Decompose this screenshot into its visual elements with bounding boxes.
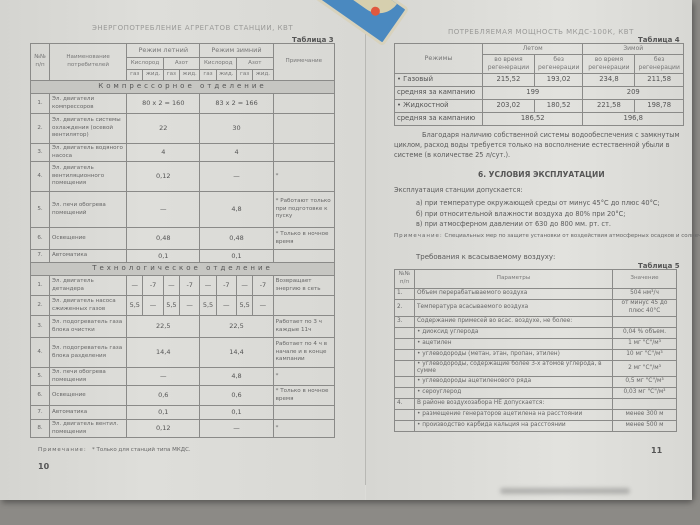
winter-value: — xyxy=(200,162,273,192)
power-consumption-table: №№ п/п Наименование потребителей Режим л… xyxy=(30,43,335,438)
row-note: * xyxy=(273,368,334,386)
table-row: 5.Эл. печи обогрева помещения—4,8* xyxy=(31,368,335,386)
mode-value: 5,5 xyxy=(127,296,143,316)
parameter: В районе воздухозабора НЕ допускается: xyxy=(415,399,613,410)
row-name: Эл. двигатель вентил. помещения xyxy=(50,420,127,438)
summer-value: 0,1 xyxy=(127,406,200,420)
winter-value: — xyxy=(200,420,273,438)
power-value: 211,58 xyxy=(635,74,684,87)
row-number xyxy=(395,421,415,432)
mode-value: -7 xyxy=(253,276,273,296)
parameter: • производство карбида кальция на рассто… xyxy=(415,421,613,432)
winter-value: 22,5 xyxy=(200,316,273,338)
summer-value: 14,4 xyxy=(127,338,200,368)
row-number xyxy=(395,410,415,421)
row-note: * xyxy=(273,162,334,192)
left-footnote: Примечание: * Только для станций типа МК… xyxy=(38,447,191,453)
col-modes: Режимы xyxy=(395,44,483,74)
row-number xyxy=(395,388,415,399)
winter-value: 0,1 xyxy=(200,406,273,420)
power-table-mkds: Режимы Летом Зимой во время регенерации … xyxy=(394,43,684,126)
mode-value: — xyxy=(127,276,143,296)
value: 0,03 мг "С"/м³ xyxy=(613,388,677,399)
mode-name: • Газовый xyxy=(395,74,483,87)
table-row: 4.Эл. двигатель вентиляционного помещени… xyxy=(31,162,335,192)
summer-value: 0,12 xyxy=(127,162,200,192)
winter-value: 4,8 xyxy=(200,368,273,386)
average-value: 186,52 xyxy=(483,113,583,126)
row-number: 4. xyxy=(31,162,50,192)
mode-name: средняя за кампанию xyxy=(395,113,483,126)
note-text: Специальных мер по защите установки от в… xyxy=(445,233,700,239)
average-value: 196,8 xyxy=(583,113,684,126)
table-row: 5.Эл. печи обогрева помещений—4,8* Работ… xyxy=(31,192,335,228)
table-row: • углеводороды ацетиленового ряда0,5 мг … xyxy=(395,377,677,388)
page-number-left: 10 xyxy=(38,462,49,471)
value xyxy=(613,316,677,327)
right-note: Примечание: Специальных мер по защите ус… xyxy=(394,233,700,239)
col-winter: Режим зимний xyxy=(200,44,273,58)
summer-value: 0,12 xyxy=(127,420,200,438)
right-page: Потребляемая мощность МКДС-100К, кВт Таб… xyxy=(366,0,692,500)
sub-liquid: жид. xyxy=(179,70,199,81)
col-summer: Режим летний xyxy=(127,44,200,58)
col-note: Примечание xyxy=(273,44,334,81)
row-name: Эл. печи обогрева помещения xyxy=(50,368,127,386)
table-row: 1.Эл. двигатели компрессоров80 х 2 = 160… xyxy=(31,94,335,114)
air-requirements: Требования к всасываемому воздуху: xyxy=(416,252,555,263)
value: 0,5 мг "С"/м³ xyxy=(613,377,677,388)
row-number: 1. xyxy=(31,276,50,296)
value: 2 мг "С"/м³ xyxy=(613,360,677,377)
row-number: 6. xyxy=(31,228,50,250)
row-note: * Только в ночное время xyxy=(273,228,334,250)
winter-value: 30 xyxy=(200,114,273,144)
mode-value: — xyxy=(237,276,253,296)
table-row: • углеводороды (метан, этан, пропан, эти… xyxy=(395,349,677,360)
col-summer-nitrogen: Азот xyxy=(163,58,200,70)
smudge xyxy=(500,488,630,494)
mode-value: — xyxy=(143,296,163,316)
row-note: Возвращает энергию в сеть xyxy=(273,276,334,296)
mode-value: — xyxy=(253,296,273,316)
value: 0,04 % объем. xyxy=(613,327,677,338)
sub-liquid: жид. xyxy=(216,70,236,81)
row-name: Эл. двигатель вентиляционного помещения xyxy=(50,162,127,192)
col-summer-oxygen: Кислород xyxy=(127,58,164,70)
footnote-text: * Только для станций типа МКДС. xyxy=(92,447,191,453)
col-winter-nitrogen: Азот xyxy=(237,58,274,70)
row-number: 2. xyxy=(395,300,415,317)
table-row: 3.Эл. двигатель водяного насоса44 xyxy=(31,144,335,162)
row-number xyxy=(395,360,415,377)
table-row: 7.Автоматика0,10,1 xyxy=(31,250,335,263)
parameter: • размещение генераторов ацетилена на ра… xyxy=(415,410,613,421)
row-name: Эл. подогреватель газа блока очистки xyxy=(50,316,127,338)
table-row: 2.Температура всасываемого воздухаот мин… xyxy=(395,300,677,317)
row-name: Эл. двигатель насоса сжиженных газов xyxy=(50,296,127,316)
row-name: Эл. двигатель детандера xyxy=(50,276,127,296)
row-number: 5. xyxy=(31,368,50,386)
value: 10 мг "С"/м³ xyxy=(613,349,677,360)
row-number xyxy=(395,377,415,388)
sub-gas: газ xyxy=(163,70,179,81)
table-row: средняя за кампанию186,52196,8 xyxy=(395,113,684,126)
col-summer-regen: во время регенерации xyxy=(483,55,535,74)
row-number: 1. xyxy=(395,289,415,300)
power-value: 221,58 xyxy=(583,100,635,113)
condition-item: а) при температуре окружающей среды от м… xyxy=(416,198,660,209)
mode-value: -7 xyxy=(216,276,236,296)
mode-value: — xyxy=(200,276,216,296)
row-number: 3. xyxy=(395,316,415,327)
table-row: • производство карбида кальция на рассто… xyxy=(395,421,677,432)
row-note: * Только в ночное время xyxy=(273,386,334,406)
parameter: Содержание примесей во всас. воздухе, не… xyxy=(415,316,613,327)
table-row: • диоксид углерода0,04 % объем. xyxy=(395,327,677,338)
left-page: Энергопотребление агрегатов станции, кВт… xyxy=(0,0,365,500)
table-row: 1.Эл. двигатель детандера—-7—-7—-7—-7Воз… xyxy=(31,276,335,296)
water-paragraph: Благодаря наличию собственной системы во… xyxy=(394,131,684,161)
row-number xyxy=(395,338,415,349)
row-name: Автоматика xyxy=(50,250,127,263)
mode-name: средняя за кампанию xyxy=(395,87,483,100)
col-name: Наименование потребителей xyxy=(50,44,127,81)
table-row: • ацетилен1 мг "С"/м³ xyxy=(395,338,677,349)
intake-air-table: №№ п/п Параметры Значение 1.Объем перера… xyxy=(394,269,677,432)
power-value: 203,02 xyxy=(483,100,535,113)
row-name: Эл. печи обогрева помещений xyxy=(50,192,127,228)
note-label: Примечание: xyxy=(394,233,443,239)
right-page-title: Потребляемая мощность МКДС-100К, кВт xyxy=(448,28,634,36)
row-number: 4. xyxy=(31,338,50,368)
col-summer: Летом xyxy=(483,44,583,55)
mode-value: -7 xyxy=(179,276,199,296)
summer-value: 0,48 xyxy=(127,228,200,250)
row-note xyxy=(273,250,334,263)
parameter: Объем перерабатываемого воздуха xyxy=(415,289,613,300)
row-number xyxy=(395,349,415,360)
summer-value: 80 х 2 = 160 xyxy=(127,94,200,114)
winter-value: 83 х 2 = 166 xyxy=(200,94,273,114)
table-row: 3.Содержание примесей во всас. воздухе, … xyxy=(395,316,677,327)
row-note xyxy=(273,114,334,144)
table-row: 2.Эл. двигатель насоса сжиженных газов5,… xyxy=(31,296,335,316)
sub-gas: газ xyxy=(127,70,143,81)
row-note: Работает по 3 ч каждые 11ч xyxy=(273,316,334,338)
left-page-title: Энергопотребление агрегатов станции, кВт xyxy=(92,24,293,32)
winter-value: 0,48 xyxy=(200,228,273,250)
power-value: 215,52 xyxy=(483,74,535,87)
table-row: 3.Эл. подогреватель газа блока очистки22… xyxy=(31,316,335,338)
row-note: * Работают только при подготовке к пуску xyxy=(273,192,334,228)
sub-gas: газ xyxy=(237,70,253,81)
winter-value: 0,6 xyxy=(200,386,273,406)
row-number: 3. xyxy=(31,144,50,162)
footnote-label: Примечание: xyxy=(38,447,87,453)
page-number-right: 11 xyxy=(651,446,662,455)
table-row: • Газовый215,52193,02234,8211,58 xyxy=(395,74,684,87)
row-note xyxy=(273,296,334,316)
condition-item: в) при атмосферном давлении от 630 до 80… xyxy=(416,219,660,230)
table-row: 2.Эл. двигатель системы охлаждения (осев… xyxy=(31,114,335,144)
row-number: 7. xyxy=(31,250,50,263)
row-name: Эл. двигатель системы охлаждения (осевой… xyxy=(50,114,127,144)
table-row: 4.Эл. подогреватель газа блока разделени… xyxy=(31,338,335,368)
col-num: №№ п/п xyxy=(395,270,415,289)
table-row: • Жидкостной203,02180,52221,58198,78 xyxy=(395,100,684,113)
mode-value: -7 xyxy=(143,276,163,296)
summer-value: 0,6 xyxy=(127,386,200,406)
table-row: • углеводороды, содержащие более 3-х ато… xyxy=(395,360,677,377)
mode-value: 5,5 xyxy=(200,296,216,316)
col-winter-regen: во время регенерации xyxy=(583,55,635,74)
sub-liquid: жид. xyxy=(143,70,163,81)
col-winter: Зимой xyxy=(583,44,684,55)
condition-item: б) при относительной влажности воздуха д… xyxy=(416,209,660,220)
value xyxy=(613,399,677,410)
row-name: Эл. подогреватель газа блока разделения xyxy=(50,338,127,368)
parameter: • углеводороды (метан, этан, пропан, эти… xyxy=(415,349,613,360)
row-name: Освещение xyxy=(50,228,127,250)
value: 504 нм³/ч xyxy=(613,289,677,300)
section-title: Компрессорное отделение xyxy=(31,81,335,94)
mode-value: — xyxy=(216,296,236,316)
mode-value: — xyxy=(163,276,179,296)
summer-value: — xyxy=(127,192,200,228)
col-winter-noregen: без регенерации xyxy=(635,55,684,74)
table-row: • сероуглерод0,03 мг "С"/м³ xyxy=(395,388,677,399)
table-row: 8.Эл. двигатель вентил. помещения0,12—* xyxy=(31,420,335,438)
table-row: 4.В районе воздухозабора НЕ допускается: xyxy=(395,399,677,410)
col-value: Значение xyxy=(613,270,677,289)
mode-value: — xyxy=(179,296,199,316)
winter-value: 4 xyxy=(200,144,273,162)
table-row: • размещение генераторов ацетилена на ра… xyxy=(395,410,677,421)
operation-intro: Эксплуатация станции допускается: xyxy=(394,186,523,196)
table-row: 6.Освещение0,60,6* Только в ночное время xyxy=(31,386,335,406)
value: 1 мг "С"/м³ xyxy=(613,338,677,349)
power-value: 234,8 xyxy=(583,74,635,87)
table-row: 7.Автоматика0,10,1 xyxy=(31,406,335,420)
row-number: 8. xyxy=(31,420,50,438)
row-note: * xyxy=(273,420,334,438)
row-note xyxy=(273,406,334,420)
row-number: 3. xyxy=(31,316,50,338)
value: от минус 45 до плюс 40°С xyxy=(613,300,677,317)
winter-value: 0,1 xyxy=(200,250,273,263)
row-note: Работает по 4 ч в начале и в конце кампа… xyxy=(273,338,334,368)
power-value: 193,02 xyxy=(534,74,583,87)
summer-value: 22,5 xyxy=(127,316,200,338)
parameter: • сероуглерод xyxy=(415,388,613,399)
parameter: • диоксид углерода xyxy=(415,327,613,338)
row-number: 1. xyxy=(31,94,50,114)
mode-name: • Жидкостной xyxy=(395,100,483,113)
table-row: 1.Объем перерабатываемого воздуха504 нм³… xyxy=(395,289,677,300)
average-value: 209 xyxy=(583,87,684,100)
row-number: 4. xyxy=(395,399,415,410)
parameter: Температура всасываемого воздуха xyxy=(415,300,613,317)
row-name: Эл. двигатель водяного насоса xyxy=(50,144,127,162)
parameter: • углеводороды, содержащие более 3-х ато… xyxy=(415,360,613,377)
section-row: Технологическое отделение xyxy=(31,263,335,276)
winter-value: 4,8 xyxy=(200,192,273,228)
row-number: 2. xyxy=(31,114,50,144)
section-row: Компрессорное отделение xyxy=(31,81,335,94)
table-row: средняя за кампанию199209 xyxy=(395,87,684,100)
col-winter-oxygen: Кислород xyxy=(200,58,237,70)
section-heading: 6. УСЛОВИЯ ЭКСПЛУАТАЦИИ xyxy=(478,170,605,179)
row-name: Эл. двигатели компрессоров xyxy=(50,94,127,114)
col-summer-noregen: без регенерации xyxy=(534,55,583,74)
average-value: 199 xyxy=(483,87,583,100)
conditions-list: а) при температуре окружающей среды от м… xyxy=(416,198,660,230)
value: менее 300 м xyxy=(613,410,677,421)
summer-value: 4 xyxy=(127,144,200,162)
sub-liquid: жид. xyxy=(253,70,273,81)
row-note xyxy=(273,94,334,114)
row-number: 7. xyxy=(31,406,50,420)
sub-gas: газ xyxy=(200,70,216,81)
row-note xyxy=(273,144,334,162)
row-name: Автоматика xyxy=(50,406,127,420)
summer-value: 22 xyxy=(127,114,200,144)
mode-value: 5,5 xyxy=(237,296,253,316)
parameter: • ацетилен xyxy=(415,338,613,349)
mode-value: 5,5 xyxy=(163,296,179,316)
summer-value: 0,1 xyxy=(127,250,200,263)
parameter: • углеводороды ацетиленового ряда xyxy=(415,377,613,388)
row-number xyxy=(395,327,415,338)
power-value: 180,52 xyxy=(534,100,583,113)
section-title: Технологическое отделение xyxy=(31,263,335,276)
row-number: 2. xyxy=(31,296,50,316)
row-number: 6. xyxy=(31,386,50,406)
col-param: Параметры xyxy=(415,270,613,289)
table-row: 6.Освещение0,480,48* Только в ночное вре… xyxy=(31,228,335,250)
booklet-spread: Энергопотребление агрегатов станции, кВт… xyxy=(0,0,692,500)
row-name: Освещение xyxy=(50,386,127,406)
power-value: 198,78 xyxy=(635,100,684,113)
summer-value: — xyxy=(127,368,200,386)
col-num: №№ п/п xyxy=(31,44,50,81)
value: менее 500 м xyxy=(613,421,677,432)
winter-value: 14,4 xyxy=(200,338,273,368)
row-number: 5. xyxy=(31,192,50,228)
